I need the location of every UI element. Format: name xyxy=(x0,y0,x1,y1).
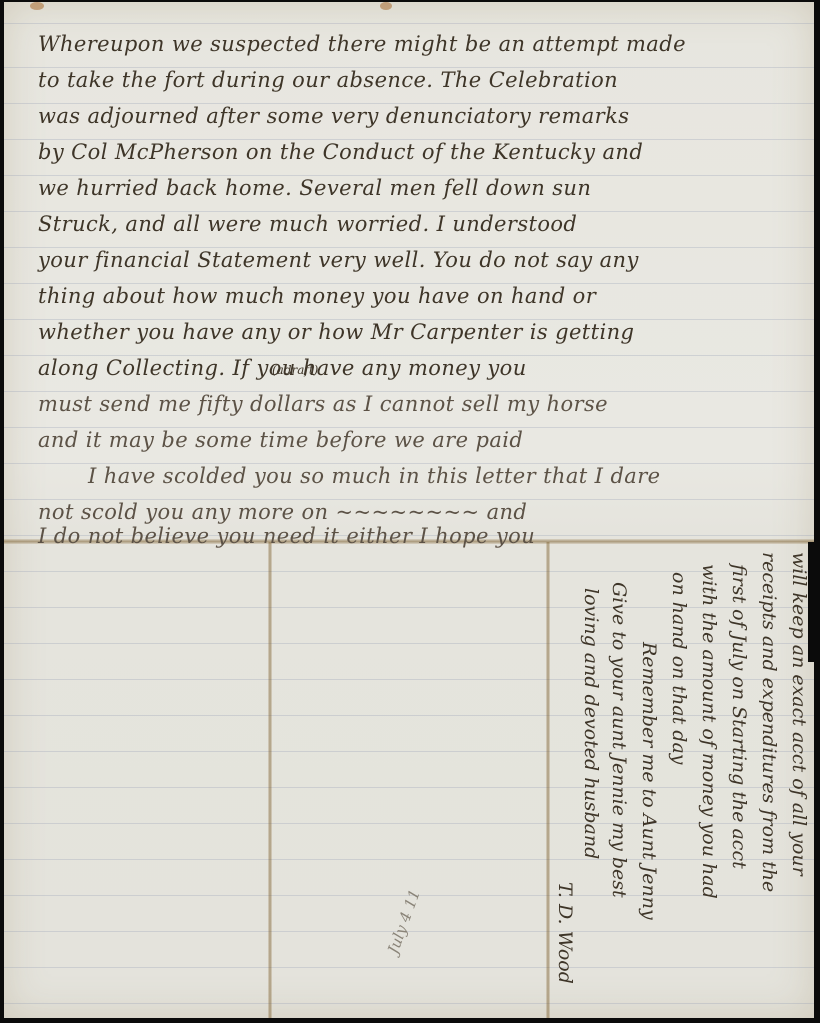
vertical-text-line: on hand on that day xyxy=(668,572,690,765)
vertical-text-line: first of July on Starting the acct xyxy=(728,564,750,869)
vertical-text-line: Give to your aunt Jennie my best xyxy=(608,582,630,898)
vertical-text-line: receipts and expenditures from the xyxy=(758,552,780,892)
text-line: must send me fifty dollars as I cannot s… xyxy=(38,392,608,416)
text-line: we hurried back home. Several men fell d… xyxy=(38,176,591,200)
text-line: not scold you any more on ~~~~~~~~ and xyxy=(38,500,527,524)
text-line: and it may be some time before we are pa… xyxy=(38,428,523,452)
docket-note: July 4 11 xyxy=(384,887,424,956)
letter-page: Whereupon we suspected there might be an… xyxy=(4,2,814,1018)
text-line: by Col McPherson on the Conduct of the K… xyxy=(38,140,643,164)
text-line: Whereupon we suspected there might be an… xyxy=(38,32,686,56)
vertical-fold-left xyxy=(268,542,272,1018)
interlinear-note: (adraft) xyxy=(272,363,318,377)
vertical-fold-right xyxy=(546,542,550,1018)
signature: T. D. Wood xyxy=(554,882,576,984)
vertical-text-line: with the amount of money you had xyxy=(698,564,720,899)
text-line: I do not believe you need it either I ho… xyxy=(38,524,535,548)
rust-stain xyxy=(30,2,44,10)
text-line: Struck, and all were much worried. I und… xyxy=(38,212,577,236)
rust-stain xyxy=(380,2,392,10)
text-line: I have scolded you so much in this lette… xyxy=(88,464,660,488)
text-line: your financial Statement very well. You … xyxy=(38,248,639,272)
text-line: to take the fort during our absence. The… xyxy=(38,68,618,92)
text-line: whether you have any or how Mr Carpenter… xyxy=(38,320,634,344)
text-line: thing about how much money you have on h… xyxy=(38,284,596,308)
vertical-text-line: Remember me to Aunt Jenny xyxy=(638,642,660,920)
vertical-text-line: will keep an exact acct of all your xyxy=(788,552,810,876)
vertical-text-line: loving and devoted husband xyxy=(580,588,602,859)
text-line: was adjourned after some very denunciato… xyxy=(38,104,629,128)
